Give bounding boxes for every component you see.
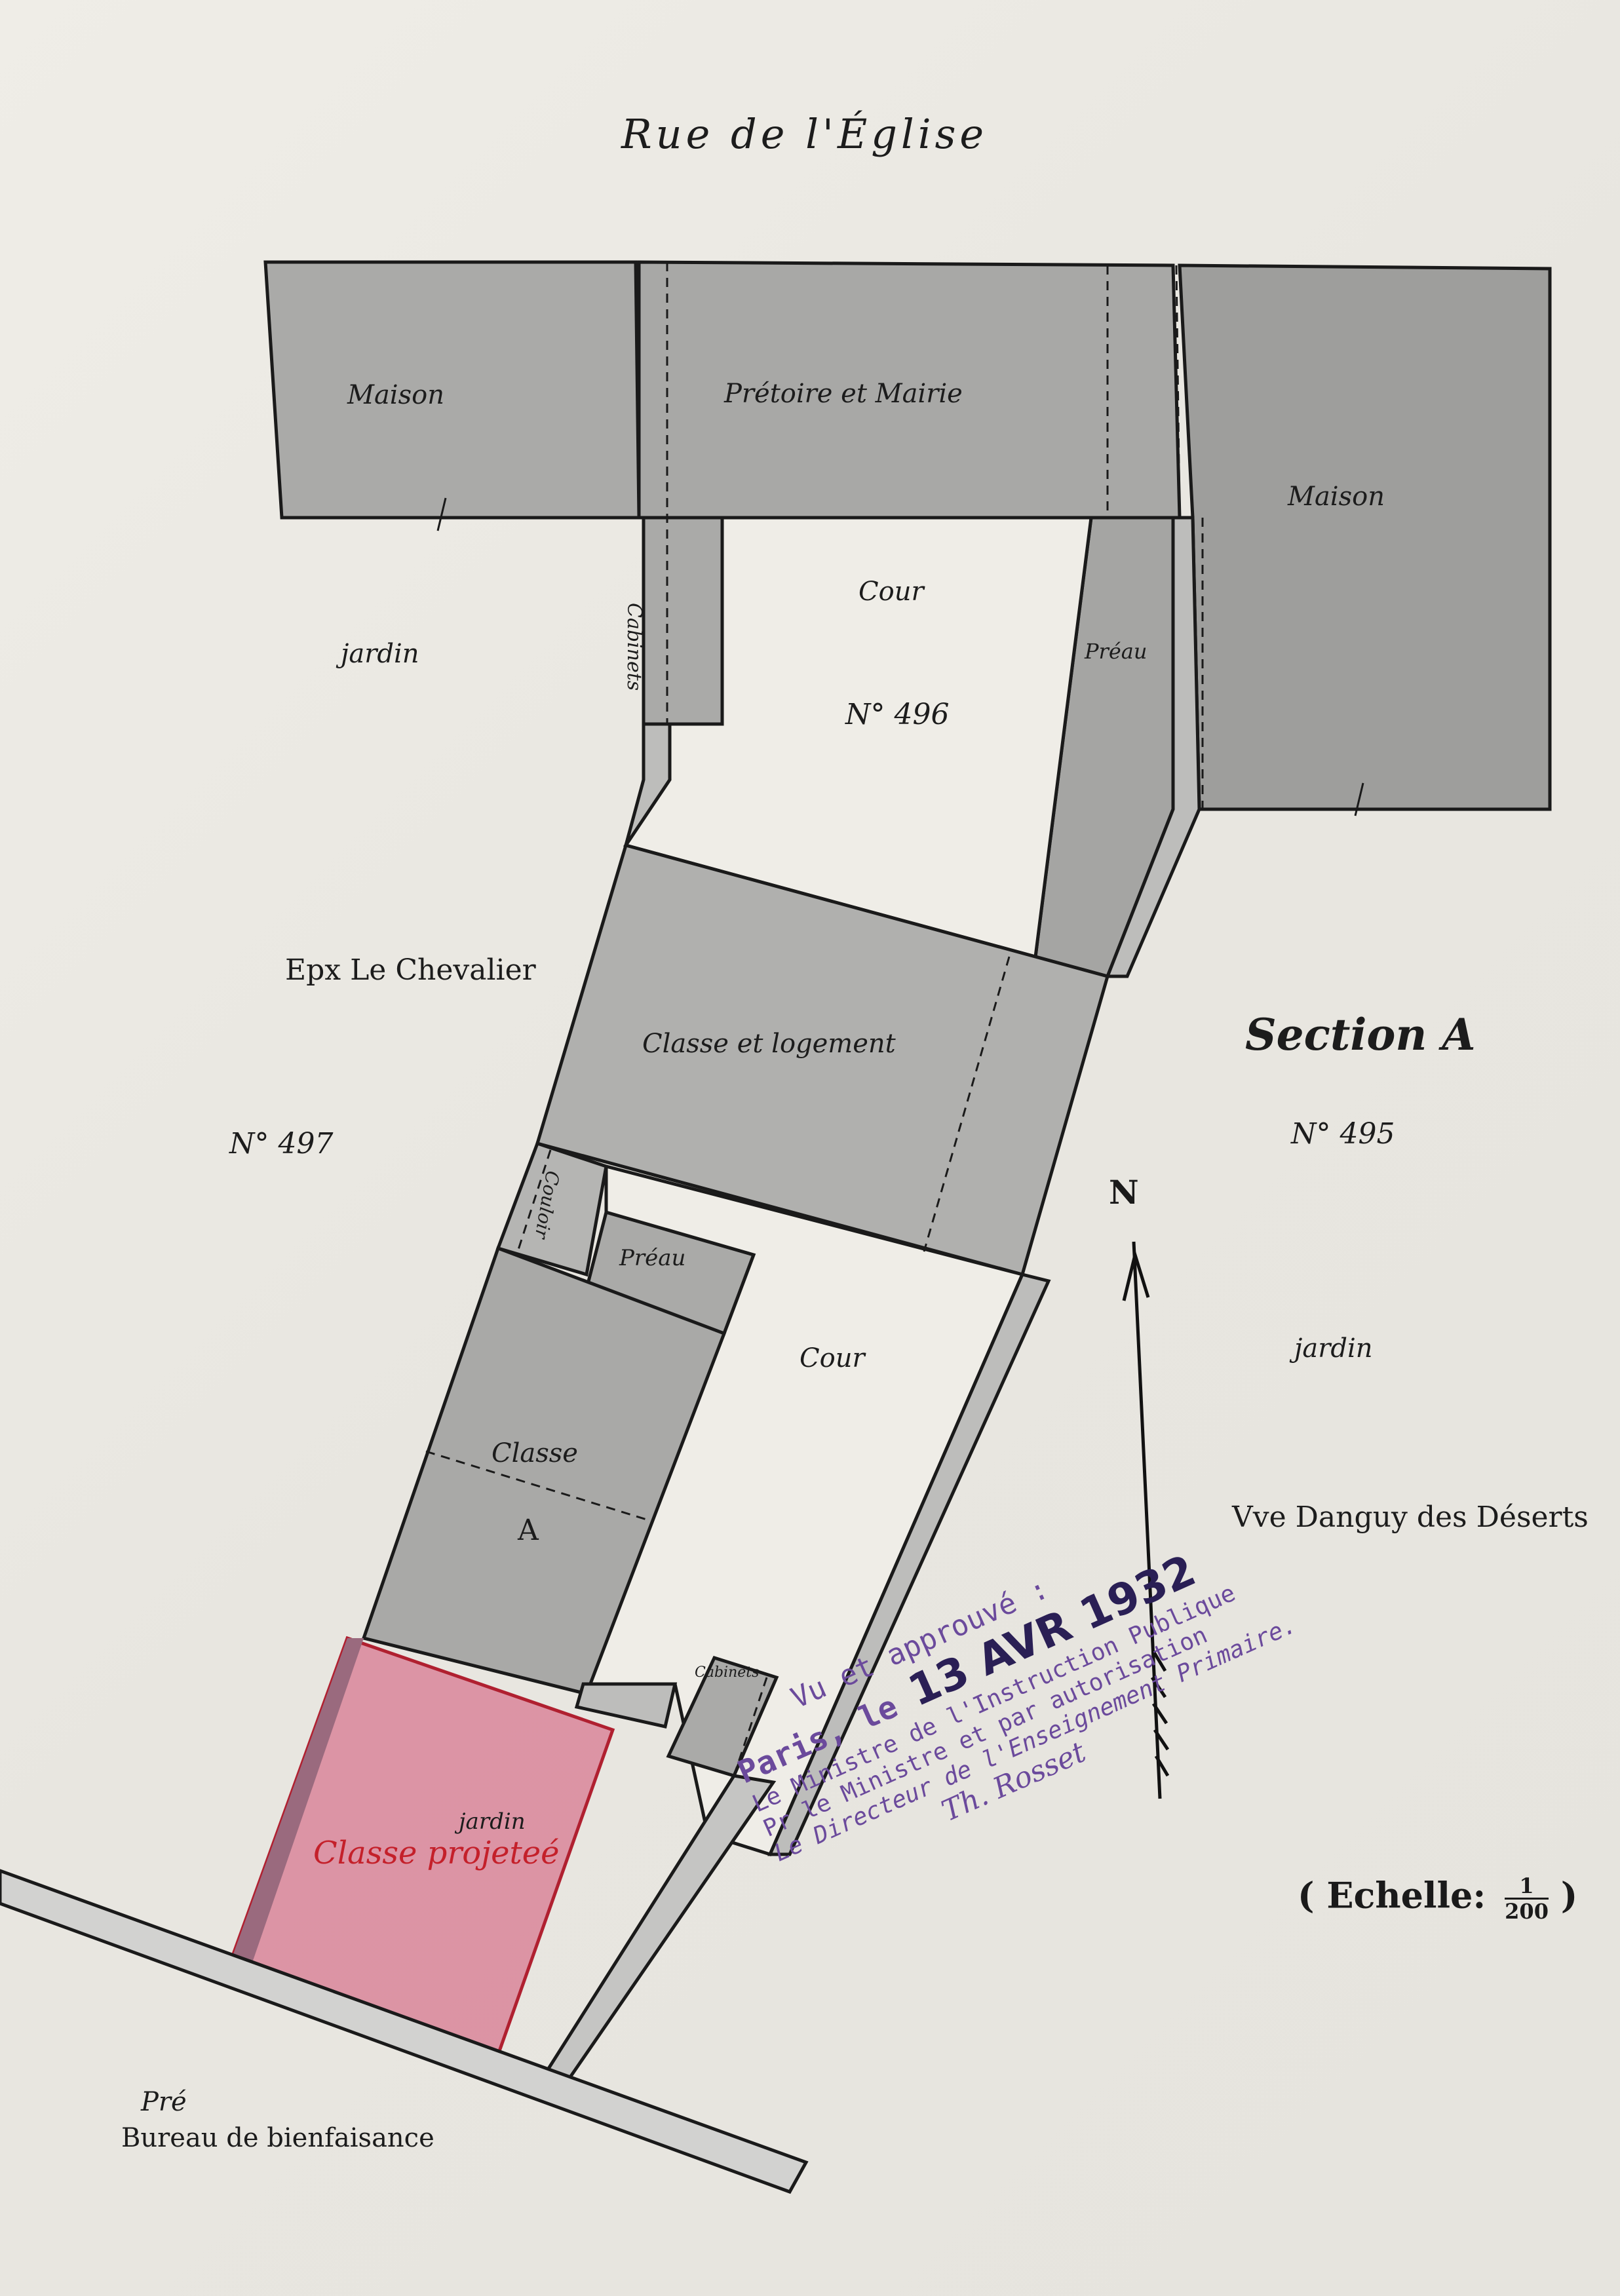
label-cabinets-bottom: Cabinets <box>695 1664 759 1681</box>
maison-left <box>265 262 639 518</box>
label-maison-right: Maison <box>1288 482 1385 512</box>
label-jardin-right: jardin <box>1294 1333 1373 1364</box>
label-maison-left: Maison <box>347 380 444 410</box>
street-label: Rue de l'Église <box>621 110 988 158</box>
north-label: N <box>1109 1173 1139 1212</box>
scale-label: ( Echelle: 1200 ) <box>1298 1874 1577 1923</box>
parcel-495: N° 495 <box>1291 1117 1395 1151</box>
label-pretoire: Prétoire et Mairie <box>724 379 963 409</box>
parcel-497: N° 497 <box>229 1127 333 1160</box>
label-preau-top: Préau <box>1085 639 1147 664</box>
label-preau-mid: Préau <box>619 1245 685 1271</box>
label-classe-projetee: Classe projeteé <box>313 1835 560 1871</box>
section-label: Section A <box>1245 1009 1476 1060</box>
label-cabinets-top: Cabinets <box>623 603 646 691</box>
label-jardin-left: jardin <box>341 639 419 669</box>
scale-fraction: 1200 <box>1505 1874 1549 1923</box>
label-cour-top: Cour <box>858 577 924 607</box>
scale-text: Echelle: <box>1326 1875 1486 1917</box>
label-classe-logement: Classe et logement <box>642 1029 896 1059</box>
scale-numerator: 1 <box>1505 1874 1549 1900</box>
label-pre: Pré <box>141 2087 187 2117</box>
scale-denominator: 200 <box>1505 1900 1549 1923</box>
maison-right <box>1180 265 1550 809</box>
label-classe: Classe <box>492 1438 578 1468</box>
owner-left: Epx Le Chevalier <box>285 953 536 987</box>
cabinets-top <box>644 518 722 724</box>
label-bureau: Bureau de bienfaisance <box>121 2123 434 2153</box>
parcel-496: N° 496 <box>845 698 949 731</box>
label-classe-a: A <box>518 1514 539 1547</box>
label-jardin-proj: jardin <box>459 1808 526 1835</box>
label-cour-mid: Cour <box>800 1343 865 1373</box>
